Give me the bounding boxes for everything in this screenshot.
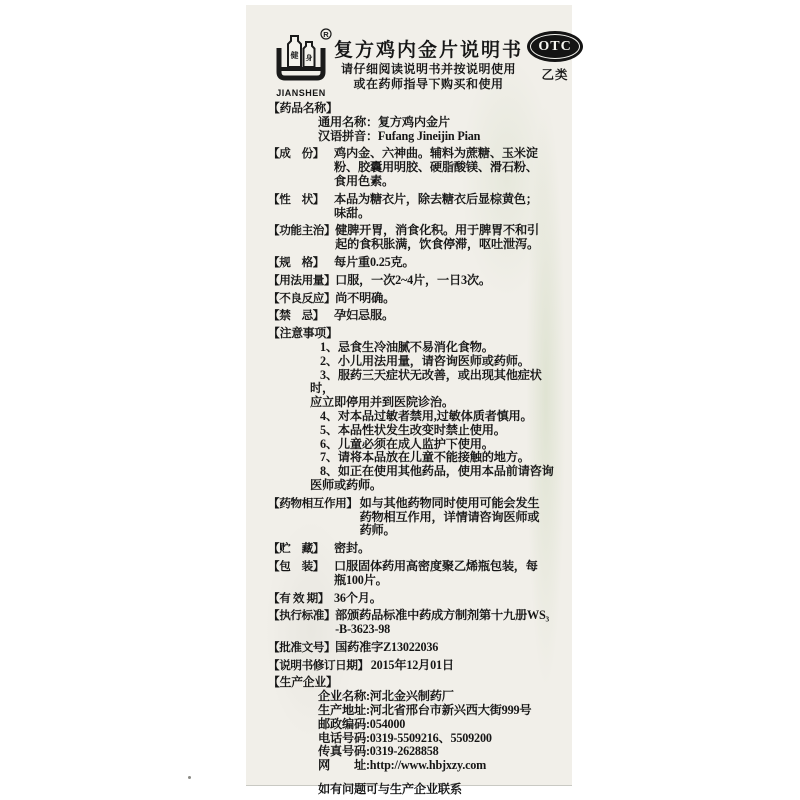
precaution-item: 2、小儿用法用量，请咨询医师或药师。 bbox=[310, 355, 564, 369]
section-label: 【成 份】 bbox=[268, 147, 334, 161]
leaflet-paper: 健 身 R JIANSHEN 复方鸡内金片说明书 请仔细阅读说明书并按说明使用 … bbox=[246, 5, 572, 786]
drug-name-lines: 通用名称：复方鸡内金片 汉语拼音：Fufang Jineijin Pian bbox=[268, 116, 564, 144]
section-label: 【药品名称】 bbox=[268, 102, 564, 116]
section-content: 口服固体药用高密度聚乙烯瓶包装，每 瓶100片。 bbox=[334, 560, 564, 588]
company-website: 网 址:http://www.hbjxzy.com bbox=[318, 759, 564, 773]
section-validity: 【有 效 期】 36个月。 bbox=[268, 592, 564, 606]
precaution-item: 8、如正在使用其他药品，使用本品前请咨询 医师或药师。 bbox=[310, 465, 564, 493]
jianshen-logo: 健 身 R JIANSHEN bbox=[268, 27, 334, 98]
section-label: 【规 格】 bbox=[268, 256, 334, 270]
section-content: 2015年12月01日 bbox=[371, 659, 564, 673]
leaflet-subtitle-2: 或在药师指导下购买和使用 bbox=[334, 77, 523, 92]
manufacturer-lines: 企业名称:河北金兴制药厂 生产地址:河北省邢台市新兴西大街999号 邮政编码:0… bbox=[268, 690, 564, 773]
otc-block: OTC 乙类 bbox=[523, 21, 587, 83]
section-label: 【执行标准】 bbox=[268, 609, 335, 623]
section-label: 【用法用量】 bbox=[268, 274, 335, 288]
section-label: 【功能主治】 bbox=[268, 224, 335, 238]
section-specification: 【规 格】 每片重0.25克。 bbox=[268, 256, 564, 270]
otc-label: OTC bbox=[538, 39, 571, 55]
section-label: 【性 状】 bbox=[268, 193, 334, 207]
leaflet-title: 复方鸡内金片说明书 bbox=[334, 35, 523, 62]
section-content: 鸡内金、六神曲。辅料为蔗糖、玉米淀 粉、胶囊用明胶、硬脂酸镁、滑石粉、 食用色素… bbox=[334, 147, 564, 188]
section-label: 【有 效 期】 bbox=[268, 592, 334, 606]
leaflet-subtitle-1: 请仔细阅读说明书并按说明使用 bbox=[334, 62, 523, 77]
bottle-left-icon: 健 bbox=[288, 36, 301, 67]
brand-name: JIANSHEN bbox=[268, 88, 334, 98]
section-content: 健脾开胃，消食化积。用于脾胃不和引 起的食积胀满，饮食停滞，呕吐泄泻。 bbox=[335, 224, 564, 252]
section-drug-interaction: 【药物相互作用】 如与其他药物同时使用可能会发生 药物相互作用，详情请咨询医师或… bbox=[268, 497, 564, 538]
section-label: 【不良反应】 bbox=[268, 292, 335, 306]
company-postcode: 邮政编码:054000 bbox=[318, 718, 564, 732]
section-precautions: 【注意事项】 1、忌食生冷油腻不易消化食物。 2、小儿用法用量，请咨询医师或药师… bbox=[268, 327, 564, 493]
section-label: 【药物相互作用】 bbox=[268, 497, 360, 511]
company-name: 企业名称:河北金兴制药厂 bbox=[318, 690, 564, 704]
bottle-right-icon: 身 bbox=[304, 42, 315, 67]
section-content: 密封。 bbox=[334, 542, 564, 556]
section-revision-date: 【说明书修订日期】 2015年12月01日 bbox=[268, 659, 564, 673]
otc-class-label: 乙类 bbox=[523, 65, 587, 83]
section-approval-number: 【批准文号】 国药准字Z13022036 bbox=[268, 641, 564, 655]
section-content: 本品为糖衣片，除去糖衣后显棕黄色； 味甜。 bbox=[334, 193, 564, 221]
generic-name: 通用名称：复方鸡内金片 bbox=[318, 116, 564, 130]
section-content: 每片重0.25克。 bbox=[334, 256, 564, 270]
precaution-list: 1、忌食生冷油腻不易消化食物。 2、小儿用法用量，请咨询医师或药师。 3、服药三… bbox=[268, 341, 564, 493]
svg-text:R: R bbox=[323, 30, 329, 39]
precaution-item: 5、本品性状发生改变时禁止使用。 bbox=[310, 424, 564, 438]
precaution-item: 1、忌食生冷油腻不易消化食物。 bbox=[310, 341, 564, 355]
section-functions: 【功能主治】 健脾开胃，消食化积。用于脾胃不和引 起的食积胀满，饮食停滞，呕吐泄… bbox=[268, 224, 564, 252]
section-adverse-reactions: 【不良反应】 尚不明确。 bbox=[268, 292, 564, 306]
section-dosage: 【用法用量】 口服，一次2~4片，一日3次。 bbox=[268, 274, 564, 288]
section-package: 【包 装】 口服固体药用高密度聚乙烯瓶包装，每 瓶100片。 bbox=[268, 560, 564, 588]
section-content: 口服，一次2~4片，一日3次。 bbox=[335, 274, 564, 288]
contact-note: 如有问题可与生产企业联系 bbox=[268, 783, 564, 797]
registered-mark-icon: R bbox=[321, 29, 331, 39]
section-label: 【批准文号】 bbox=[268, 641, 335, 655]
section-ingredients: 【成 份】 鸡内金、六神曲。辅料为蔗糖、玉米淀 粉、胶囊用明胶、硬脂酸镁、滑石粉… bbox=[268, 147, 564, 188]
section-content: 孕妇忌服。 bbox=[334, 309, 564, 323]
company-address: 生产地址:河北省邢台市新兴西大街999号 bbox=[318, 704, 564, 718]
section-label: 【说明书修订日期】 bbox=[268, 659, 371, 673]
leaflet-header: 健 身 R JIANSHEN 复方鸡内金片说明书 请仔细阅读说明书并按说明使用 … bbox=[268, 21, 564, 98]
section-character: 【性 状】 本品为糖衣片，除去糖衣后显棕黄色； 味甜。 bbox=[268, 193, 564, 221]
section-content: 36个月。 bbox=[334, 592, 564, 606]
svg-text:身: 身 bbox=[306, 53, 313, 62]
section-label: 【包 装】 bbox=[268, 560, 334, 574]
precaution-item: 4、对本品过敏者禁用,过敏体质者慎用。 bbox=[310, 410, 564, 424]
jianshen-logo-icon: 健 身 R bbox=[270, 27, 332, 85]
section-content: 国药准字Z13022036 bbox=[335, 641, 564, 655]
section-label: 【注意事项】 bbox=[268, 327, 564, 341]
section-content: 如与其他药物同时使用可能会发生 药物相互作用，详情请咨询医师或 药师。 bbox=[360, 497, 564, 538]
section-label: 【禁 忌】 bbox=[268, 309, 334, 323]
precaution-item: 3、服药三天症状无改善，或出现其他症状时， 应立即停用并到医院诊治。 bbox=[310, 369, 564, 410]
pinyin-name: 汉语拼音：Fufang Jineijin Pian bbox=[318, 130, 564, 144]
otc-badge-icon: OTC bbox=[527, 31, 583, 62]
section-content: 尚不明确。 bbox=[335, 292, 564, 306]
section-content: 部颁药品标准中药成方制剂第十九册WS₃ -B-3623-98 bbox=[335, 609, 564, 637]
section-contraindication: 【禁 忌】 孕妇忌服。 bbox=[268, 309, 564, 323]
section-manufacturer: 【生产企业】 企业名称:河北金兴制药厂 生产地址:河北省邢台市新兴西大街999号… bbox=[268, 676, 564, 796]
section-label: 【贮 藏】 bbox=[268, 542, 334, 556]
section-drug-name: 【药品名称】 通用名称：复方鸡内金片 汉语拼音：Fufang Jineijin … bbox=[268, 102, 564, 143]
section-storage: 【贮 藏】 密封。 bbox=[268, 542, 564, 556]
title-block: 复方鸡内金片说明书 请仔细阅读说明书并按说明使用 或在药师指导下购买和使用 bbox=[334, 21, 523, 92]
svg-text:健: 健 bbox=[290, 50, 299, 60]
section-standard: 【执行标准】 部颁药品标准中药成方制剂第十九册WS₃ -B-3623-98 bbox=[268, 609, 564, 637]
leaflet-body: 【药品名称】 通用名称：复方鸡内金片 汉语拼音：Fufang Jineijin … bbox=[268, 102, 564, 797]
